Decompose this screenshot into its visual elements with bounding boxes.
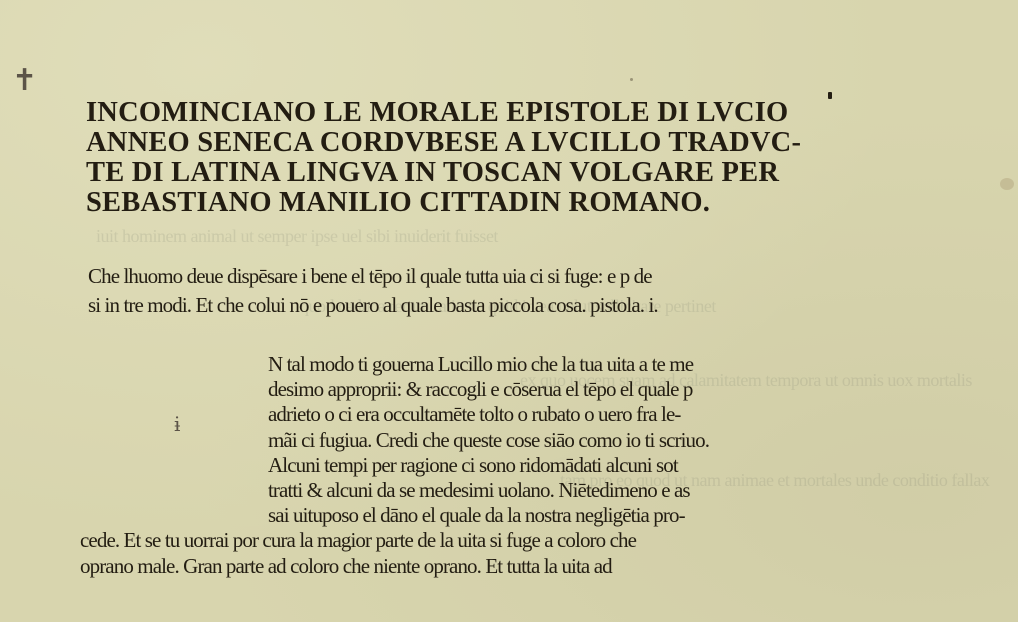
body-line: sai uituposo el dāno el quale da la nost… (80, 503, 850, 528)
body-line: tratti & alcuni da se medesimi uolano. N… (80, 478, 850, 503)
body-line: Alcuni tempi per ragione ci sono ridomād… (80, 453, 850, 478)
epistle-body: N tal modo ti gouerna Lucillo mio che la… (80, 352, 850, 579)
body-line: N tal modo ti gouerna Lucillo mio che la… (80, 352, 850, 377)
title-line: INCOMINCIANO LE MORALE EPISTOLE DI LVCIO (86, 98, 846, 128)
title-line: ANNEO SENECA CORDVBESE A LVCILLO TRADVC- (86, 128, 846, 158)
showthrough-text: iuit hominem animal ut semper ipse uel s… (96, 226, 498, 247)
chapter-summary: Che lhuomo deue dispēsare i bene el tēpo… (88, 262, 848, 320)
summary-line: Che lhuomo deue dispēsare i bene el tēpo… (88, 262, 848, 291)
margin-annotation-mark: ✝ (12, 66, 37, 96)
body-line: desimo approprii: & raccogli e cōserua e… (80, 377, 850, 402)
body-line: mãi ci fugiua. Credi che queste cose siā… (80, 428, 850, 453)
body-line: cede. Et se tu uorrai por cura la magior… (80, 528, 850, 553)
book-page: iuit hominem animal ut semper ipse uel s… (0, 0, 1018, 622)
paper-stain (1000, 178, 1014, 190)
title-line: TE DI LATINA LINGVA IN TOSCAN VOLGARE PE… (86, 158, 846, 188)
body-line: oprano male. Gran parte ad coloro che ni… (80, 554, 850, 579)
title-line: SEBASTIANO MANILIO CITTADIN ROMANO. (86, 188, 846, 218)
paper-speck (630, 78, 633, 81)
page-title: INCOMINCIANO LE MORALE EPISTOLE DI LVCIO… (86, 98, 846, 218)
body-line: adrieto o ci era occultamēte tolto o rub… (80, 402, 850, 427)
summary-line: si in tre modi. Et che colui nō e pouero… (88, 291, 848, 320)
